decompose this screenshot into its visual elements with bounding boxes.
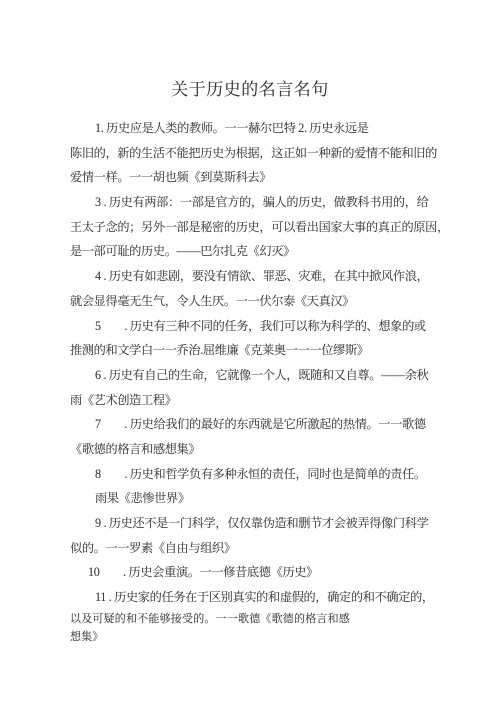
text-line: 爱情一样。一一胡也频《到莫斯科去》 (70, 165, 450, 190)
text-line: 陈旧的，新的生活不能把历史为根据，这正如一种新的爱情不能和旧的 (70, 141, 450, 166)
text-line: 就会显得毫无生气，令人生厌。一一伏尔泰《天真汉》 (70, 289, 450, 314)
text-line: 9 . 历史还不是一门科学，仅仅靠伪造和删节才会被弄得像门科学 (70, 511, 450, 536)
document-body: 1. 历史应是人类的教师。一一赫尔巴特 2. 历史永远是 陈旧的，新的生活不能把… (70, 116, 450, 646)
text-line: 6 . 历史有自己的生命，它就像一个人，既随和又自尊。——余秋 (70, 363, 450, 388)
text-line: 是一部可耻的历史。——巴尔扎克《幻灭》 (70, 239, 450, 264)
text-line: 4 . 历史有如悲剧，要没有情欲、罪恶、灾难，在其中掀风作浪， (70, 264, 450, 289)
text-line: 以及可疑的和不能够接受的。一一歌德《歌德的格言和感 (70, 610, 450, 628)
text-line: 王太子念的；另外一部是秘密的历史，可以看出国家大事的真正的原因， (70, 215, 450, 240)
text-line: 似的。一一罗素《自由与组织》 (70, 536, 450, 561)
text-line: 《歌德的格言和感想集》 (70, 437, 450, 462)
text-line: 10 . 历史会重演。一一修昔底德《历史》 (70, 560, 450, 585)
text-line: 1. 历史应是人类的教师。一一赫尔巴特 2. 历史永远是 (70, 116, 450, 141)
text-line: 7 . 历史给我们的最好的东西就是它所激起的热情。一一歌德 (70, 412, 450, 437)
text-line: 5 . 历史有三种不同的任务，我们可以称为科学的、想象的或 (70, 314, 450, 339)
text-line: 雨《艺术创造工程》 (70, 388, 450, 413)
text-line: 想集》 (70, 628, 450, 646)
text-line: 8 . 历史和哲学负有多种永恒的责任，同时也是简单的责任。 (70, 462, 450, 487)
text-line: 11 . 历史家的任务在于区别真实的和虚假的，确定的和不确定的， (70, 585, 450, 610)
document-page: 关于历史的名言名句 1. 历史应是人类的教师。一一赫尔巴特 2. 历史永远是 陈… (0, 0, 500, 708)
text-line: 3 . 历史有两部：一部是官方的，骗人的历史，做教科书用的，给 (70, 190, 450, 215)
text-line: 推测的和文学白一一乔治.屈维廉《克莱奥一一一位缪斯》 (70, 338, 450, 363)
page-title: 关于历史的名言名句 (0, 79, 500, 101)
text-line: 雨果《悲惨世界》 (70, 486, 450, 511)
